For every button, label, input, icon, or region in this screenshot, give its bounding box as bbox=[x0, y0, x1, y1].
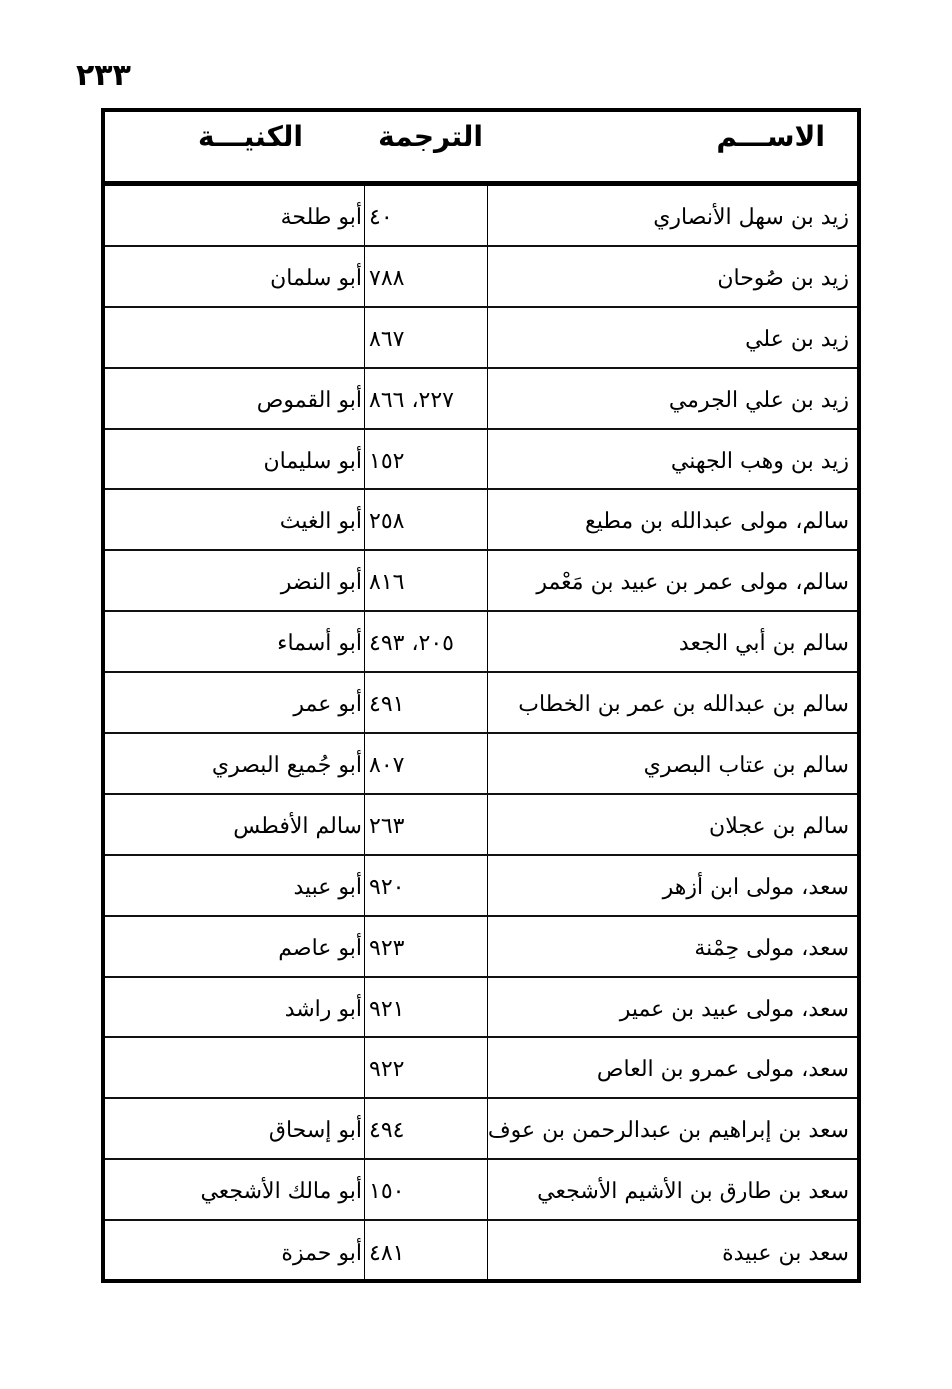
translation-cell: ٨٠٧ bbox=[364, 734, 487, 793]
translation-cell: ٩٢١ bbox=[364, 978, 487, 1037]
name-cell: زيد بن صُوحان bbox=[487, 247, 857, 306]
name-cell: سالم بن أبي الجعد bbox=[487, 612, 857, 671]
kunya-cell: أبو راشد bbox=[105, 978, 364, 1037]
table-row: سعد بن طارق بن الأشيم الأشجعي ١٥٠ أبو ما… bbox=[105, 1160, 857, 1221]
kunya-cell: أبو الغيث bbox=[105, 490, 364, 549]
name-cell: سعد، مولى عمرو بن العاص bbox=[487, 1038, 857, 1097]
name-cell: سالم بن عبدالله بن عمر بن الخطاب bbox=[487, 673, 857, 732]
kunya-cell: أبو عاصم bbox=[105, 917, 364, 976]
table-row: سالم بن عتاب البصري ٨٠٧ أبو جُميع البصري bbox=[105, 734, 857, 795]
name-cell: زيد بن علي bbox=[487, 308, 857, 367]
kunya-cell bbox=[105, 1038, 364, 1097]
translation-cell: ٢٢٧، ٨٦٦ bbox=[364, 369, 487, 428]
table-row: زيد بن علي الجرمي ٢٢٧، ٨٦٦ أبو القموص bbox=[105, 369, 857, 430]
translation-cell: ٢٥٨ bbox=[364, 490, 487, 549]
kunya-cell: أبو جُميع البصري bbox=[105, 734, 364, 793]
translation-cell: ٤٩١ bbox=[364, 673, 487, 732]
kunya-cell: أبو مالك الأشجعي bbox=[105, 1160, 364, 1219]
kunya-cell: أبو حمزة bbox=[105, 1221, 364, 1282]
name-cell: سعد بن عبيدة bbox=[487, 1221, 857, 1282]
table-body: زيد بن سهل الأنصاري ٤٠ أبو طلحة زيد بن ص… bbox=[105, 186, 857, 1279]
name-cell: زيد بن علي الجرمي bbox=[487, 369, 857, 428]
name-cell: سعد بن إبراهيم بن عبدالرحمن بن عوف bbox=[487, 1099, 857, 1158]
translation-cell: ٨١٦ bbox=[364, 551, 487, 610]
translation-cell: ٩٢٢ bbox=[364, 1038, 487, 1097]
kunya-cell: أبو إسحاق bbox=[105, 1099, 364, 1158]
kunya-cell: أبو طلحة bbox=[105, 186, 364, 245]
name-cell: سالم، مولى عبدالله بن مطيع bbox=[487, 490, 857, 549]
translation-cell: ٤٨١ bbox=[364, 1221, 487, 1282]
table-row: سالم بن أبي الجعد ٢٠٥، ٤٩٣ أبو أسماء bbox=[105, 612, 857, 673]
table-row: سالم، مولى عبدالله بن مطيع ٢٥٨ أبو الغيث bbox=[105, 490, 857, 551]
name-cell: سعد، مولى حِمْنة bbox=[487, 917, 857, 976]
translation-cell: ١٥٢ bbox=[364, 430, 487, 489]
translation-cell: ١٥٠ bbox=[364, 1160, 487, 1219]
translation-cell: ٢٦٣ bbox=[364, 795, 487, 854]
header-kunya: الكنيـــة bbox=[198, 120, 303, 153]
table-row: سعد، مولى عبيد بن عمير ٩٢١ أبو راشد bbox=[105, 978, 857, 1039]
translation-cell: ٤٩٤ bbox=[364, 1099, 487, 1158]
table-row: سعد، مولى عمرو بن العاص ٩٢٢ bbox=[105, 1038, 857, 1099]
kunya-cell: أبو سليمان bbox=[105, 430, 364, 489]
name-cell: سالم بن عجلان bbox=[487, 795, 857, 854]
names-table: الاســـم الترجمة الكنيـــة زيد بن سهل ال… bbox=[101, 108, 861, 1283]
table-row: سعد، مولى حِمْنة ٩٢٣ أبو عاصم bbox=[105, 917, 857, 978]
translation-cell: ٩٢٣ bbox=[364, 917, 487, 976]
translation-cell: ٤٠ bbox=[364, 186, 487, 245]
kunya-cell bbox=[105, 308, 364, 367]
name-cell: سعد، مولى عبيد بن عمير bbox=[487, 978, 857, 1037]
table-row: سعد بن عبيدة ٤٨١ أبو حمزة bbox=[105, 1221, 857, 1282]
kunya-cell: أبو عمر bbox=[105, 673, 364, 732]
translation-cell: ٧٨٨ bbox=[364, 247, 487, 306]
header-name: الاســـم bbox=[716, 120, 825, 153]
translation-cell: ٨٦٧ bbox=[364, 308, 487, 367]
table-row: زيد بن سهل الأنصاري ٤٠ أبو طلحة bbox=[105, 186, 857, 247]
name-cell: سعد بن طارق بن الأشيم الأشجعي bbox=[487, 1160, 857, 1219]
name-cell: زيد بن سهل الأنصاري bbox=[487, 186, 857, 245]
kunya-cell: سالم الأفطس bbox=[105, 795, 364, 854]
name-cell: سالم، مولى عمر بن عبيد بن مَعْمر bbox=[487, 551, 857, 610]
name-cell: زيد بن وهب الجهني bbox=[487, 430, 857, 489]
name-cell: سعد، مولى ابن أزهر bbox=[487, 856, 857, 915]
kunya-cell: أبو النضر bbox=[105, 551, 364, 610]
table-row: سالم بن عبدالله بن عمر بن الخطاب ٤٩١ أبو… bbox=[105, 673, 857, 734]
kunya-cell: أبو القموص bbox=[105, 369, 364, 428]
kunya-cell: أبو سلمان bbox=[105, 247, 364, 306]
translation-cell: ٩٢٠ bbox=[364, 856, 487, 915]
table-row: سالم بن عجلان ٢٦٣ سالم الأفطس bbox=[105, 795, 857, 856]
table-row: سعد بن إبراهيم بن عبدالرحمن بن عوف ٤٩٤ أ… bbox=[105, 1099, 857, 1160]
header-translation: الترجمة bbox=[378, 120, 483, 153]
kunya-cell: أبو أسماء bbox=[105, 612, 364, 671]
translation-cell: ٢٠٥، ٤٩٣ bbox=[364, 612, 487, 671]
table-row: سالم، مولى عمر بن عبيد بن مَعْمر ٨١٦ أبو… bbox=[105, 551, 857, 612]
name-cell: سالم بن عتاب البصري bbox=[487, 734, 857, 793]
table-row: زيد بن علي ٨٦٧ bbox=[105, 308, 857, 369]
kunya-cell: أبو عبيد bbox=[105, 856, 364, 915]
table-row: زيد بن صُوحان ٧٨٨ أبو سلمان bbox=[105, 247, 857, 308]
page-number: ٢٣٣ bbox=[76, 58, 131, 93]
table-header: الاســـم الترجمة الكنيـــة bbox=[105, 112, 857, 186]
table-row: زيد بن وهب الجهني ١٥٢ أبو سليمان bbox=[105, 430, 857, 491]
table-row: سعد، مولى ابن أزهر ٩٢٠ أبو عبيد bbox=[105, 856, 857, 917]
